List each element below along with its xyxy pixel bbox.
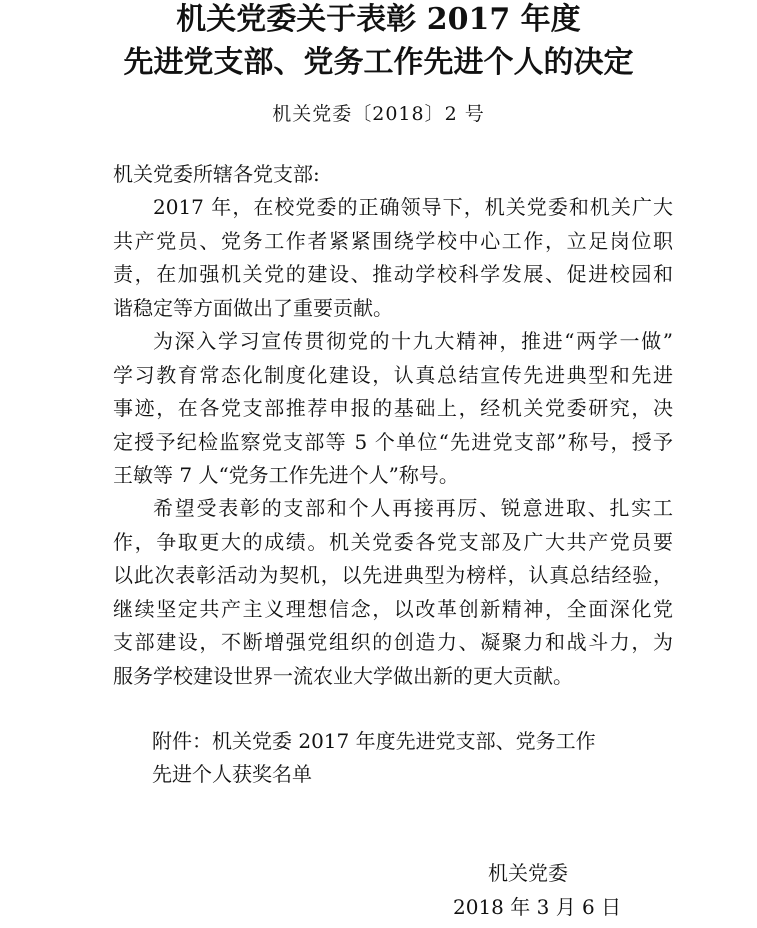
paragraph-line: 服务学校建设世界一流农业大学做出新的更大贡献。 [113, 660, 673, 694]
paragraph-line: 责，在加强机关党的建设、推动学校科学发展、促进校园和 [113, 258, 673, 292]
paragraph-2: 为深入学习宣传贯彻党的十九大精神，推进“两学一做” 学习教育常态化制度化建设，认… [113, 325, 673, 493]
paragraph-line: 以此次表彰活动为契机，以先进典型为榜样，认真总结经验， [113, 559, 673, 593]
document-number: 机关党委〔2018〕2 号 [0, 100, 757, 128]
paragraph-line: 谐稳定等方面做出了重要贡献。 [113, 292, 673, 326]
paragraph-line: 定授予纪检监察党支部等 5 个单位“先进党支部”称号，授予 [113, 426, 673, 460]
paragraph-line: 为深入学习宣传贯彻党的十九大精神，推进“两学一做” [113, 325, 673, 359]
paragraph-line: 支部建设，不断增强党组织的创造力、凝聚力和战斗力，为 [113, 626, 673, 660]
paragraph-line: 希望受表彰的支部和个人再接再厉、锐意进取、扎实工 [113, 492, 673, 526]
signature-date: 2018 年 3 月 6 日 [453, 892, 621, 922]
paragraph-line: 2017 年，在校党委的正确领导下，机关党委和机关广大 [113, 191, 673, 225]
paragraph-3: 希望受表彰的支部和个人再接再厉、锐意进取、扎实工 作，争取更大的成绩。机关党委各… [113, 492, 673, 693]
attachment-note: 附件：机关党委 2017 年度先进党支部、党务工作 先进个人获奖名单 [152, 725, 596, 791]
signature-organization: 机关党委 [488, 858, 568, 888]
paragraph-line: 共产党员、党务工作者紧紧围绕学校中心工作，立足岗位职 [113, 225, 673, 259]
salutation-text: 机关党委所辖各党支部: [113, 158, 673, 192]
document-title-line-2: 先进党支部、党务工作先进个人的决定 [0, 43, 757, 83]
paragraph-line: 继续坚定共产主义理想信念，以改革创新精神，全面深化党 [113, 593, 673, 627]
paragraph-line: 事迹，在各党支部推荐申报的基础上，经机关党委研究，决 [113, 392, 673, 426]
paragraph-line: 学习教育常态化制度化建设，认真总结宣传先进典型和先进 [113, 359, 673, 393]
salutation: 机关党委所辖各党支部: [113, 158, 673, 192]
document-title-line-1: 机关党委关于表彰 2017 年度 [0, 0, 757, 40]
attachment-line: 先进个人获奖名单 [152, 758, 596, 791]
attachment-line: 附件：机关党委 2017 年度先进党支部、党务工作 [152, 725, 596, 758]
paragraph-1: 2017 年，在校党委的正确领导下，机关党委和机关广大 共产党员、党务工作者紧紧… [113, 191, 673, 325]
paragraph-line: 作，争取更大的成绩。机关党委各党支部及广大共产党员要 [113, 526, 673, 560]
paragraph-line: 王敏等 7 人“党务工作先进个人”称号。 [113, 459, 673, 493]
